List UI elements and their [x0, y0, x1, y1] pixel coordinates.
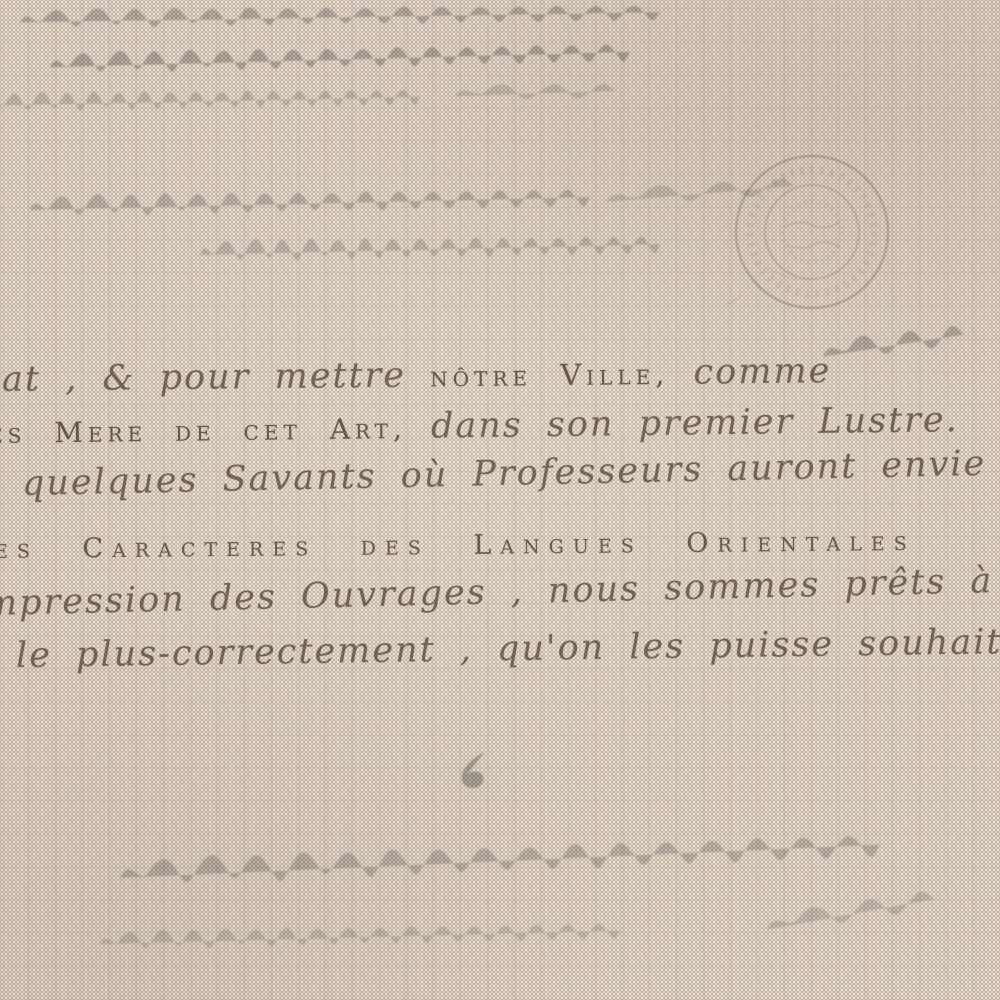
line1-script-c: comme: [669, 351, 831, 393]
line2-caps-b: Mere de cet Art,: [54, 412, 407, 449]
line3-script: quelques Savants où Professeurs auront e…: [22, 442, 1000, 504]
manuscript-line-1: tat , & pour mettre nôtre Ville, comme: [0, 351, 832, 400]
manuscript-line-5: mpression des Ouvrages , nous sommes prê…: [0, 559, 1000, 624]
line4-caps-b: Caracteres des Langues Orientales: [82, 526, 915, 564]
line5-script: mpression des Ouvrages , nous sommes prê…: [0, 559, 1000, 624]
linen-wallpaper-texture: tat , & pour mettre nôtre Ville, comme e…: [0, 0, 1000, 1000]
line1-script-a: tat , & pour mettre: [0, 355, 430, 400]
manuscript-line-6: le plus-correctement , qu'on les puisse …: [16, 621, 1000, 676]
line2-script-c: dans son premier Lustre.: [407, 400, 959, 447]
line1-caps: nôtre Ville,: [430, 357, 670, 394]
manuscript-text-layer: tat , & pour mettre nôtre Ville, comme e…: [0, 0, 1000, 1000]
manuscript-line-3: quelques Savants où Professeurs auront e…: [22, 442, 1000, 504]
line4-caps-a: es: [0, 533, 83, 565]
line6-script: le plus-correctement , qu'on les puisse …: [16, 621, 1000, 676]
manuscript-line-2: es Mere de cet Art, dans son premier Lus…: [0, 400, 959, 452]
manuscript-line-4: es Caracteres des Langues Orientales: [0, 526, 916, 565]
line2-caps-a: es: [0, 416, 54, 450]
